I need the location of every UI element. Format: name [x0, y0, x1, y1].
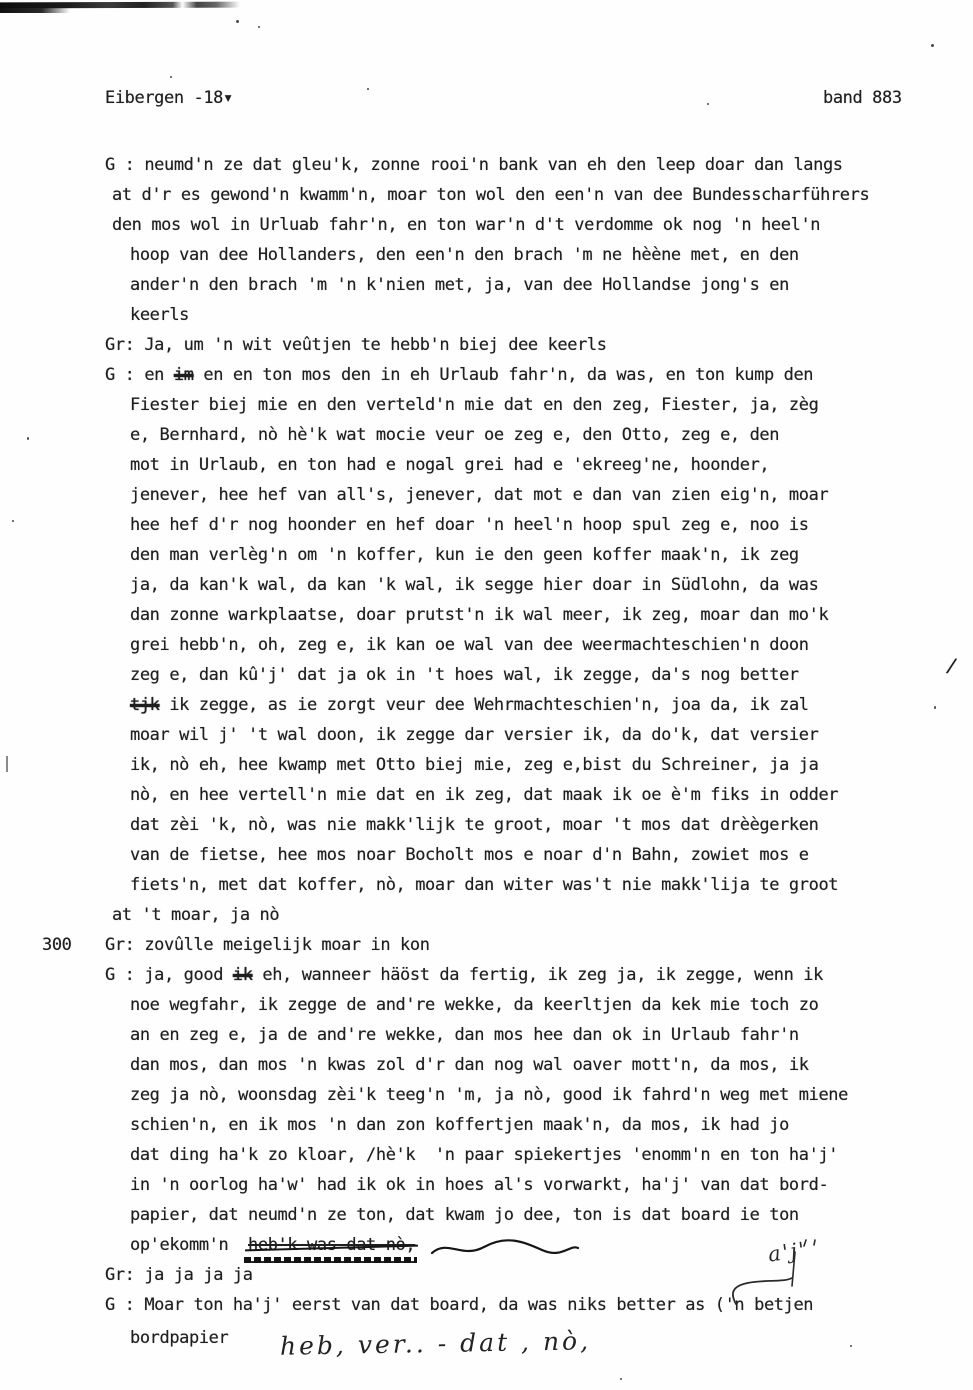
speaker-label: Gr: — [105, 1265, 144, 1285]
transcript-line: zeg e, dan kû'j' dat ja ok in 't hoes wa… — [130, 660, 973, 690]
typed-text: at 't moar, ja nò — [112, 905, 279, 925]
struck-out-text: im — [174, 365, 194, 385]
transcript-line: Fiester biej mie en den verteld'n mie da… — [130, 390, 973, 420]
scan-speck — [367, 88, 369, 90]
scribbled-out-text: heb'k was dat nò, — [248, 1230, 415, 1260]
transcript-line: G : ja, good ik eh, wanneer häöst da fer… — [105, 960, 973, 990]
typed-text: Moar ton ha'j' eerst van dat board, da w… — [144, 1295, 813, 1315]
transcript-line: G : en im en en ton mos den in eh Urlaub… — [105, 360, 973, 390]
transcript-line: dat zèi 'k, nò, was nie makk'lijk te gro… — [130, 810, 973, 840]
transcript-line: ja, da kan'k wal, da kan 'k wal, ik segg… — [130, 570, 973, 600]
typed-text: den mos wol in Urluab fahr'n, en ton war… — [112, 215, 820, 235]
typed-text: grei hebb'n, oh, zeg e, ik kan oe wal va… — [130, 635, 809, 655]
scribble-tail-stroke — [430, 1237, 580, 1265]
typed-text: hoop van dee Hollanders, den een'n den b… — [130, 245, 799, 265]
scan-speck — [620, 1378, 622, 1380]
transcript-line: jenever, hee hef van all's, jenever, dat… — [130, 480, 973, 510]
typed-text: ik, nò eh, hee kwamp met Otto biej mie, … — [130, 755, 818, 775]
scan-edge-tick — [6, 756, 8, 772]
scan-speck — [27, 437, 29, 440]
typed-text: neumd'n ze dat gleu'k, zonne rooi'n bank… — [144, 155, 842, 175]
typed-text: e, Bernhard, nò hè'k wat mocie veur oe z… — [130, 425, 779, 445]
scan-speck — [931, 44, 934, 47]
document-page: Eibergen -18▾ band 883 300 G : neumd'n z… — [0, 0, 973, 1390]
struck-out-text: tjk — [130, 695, 160, 715]
transcript-line: dan zonne warkplaatse, doar prutst'n ik … — [130, 600, 973, 630]
typed-text: den man verlèg'n om 'n koffer, kun ie de… — [130, 545, 799, 565]
transcript-line: hee hef d'r nog hoonder en hef doar 'n h… — [130, 510, 973, 540]
scan-artifact-top-2 — [0, 8, 70, 13]
transcript-line: den man verlèg'n om 'n koffer, kun ie de… — [130, 540, 973, 570]
transcript-line: at d'r es gewond'n kwamm'n, moar ton wol… — [112, 180, 973, 210]
typed-text: dat ding ha'k zo kloar, /hè'k 'n paar sp… — [130, 1145, 838, 1165]
typed-text: schien'n, en ik mos 'n dan zon koffertje… — [130, 1115, 789, 1135]
typed-text: jenever, hee hef van all's, jenever, dat… — [130, 485, 828, 505]
page-header-left: Eibergen -18▾ — [105, 88, 233, 108]
transcript-line: grei hebb'n, oh, zeg e, ik kan oe wal va… — [130, 630, 973, 660]
scan-speck — [850, 1345, 852, 1347]
scan-speck — [707, 103, 709, 105]
typed-text: ja ja ja ja — [144, 1265, 252, 1285]
typed-text: Ja, um 'n wit veûtjen te hebb'n biej dee… — [144, 335, 606, 355]
transcript-line: tjk ik zegge, as ie zorgt veur dee Wehrm… — [130, 690, 973, 720]
scan-speck — [258, 26, 260, 28]
typed-text: dan zonne warkplaatse, doar prutst'n ik … — [130, 605, 828, 625]
speaker-label: G : — [105, 1295, 144, 1315]
transcript-line: papier, dat neumd'n ze ton, dat kwam jo … — [130, 1200, 973, 1230]
transcript-line: van de fietse, hee mos noar Bocholt mos … — [130, 840, 973, 870]
typed-text: dan mos, dan mos 'n kwas zol d'r dan nog… — [130, 1055, 809, 1075]
transcript-line: Gr: zovûlle meigelijk moar in kon — [105, 930, 973, 960]
typed-text: op'ekomm'n — [130, 1235, 248, 1255]
typed-text: moar wil j' 't wal doon, ik zegge dar ve… — [130, 725, 818, 745]
transcript-line: nò, en hee vertell'n mie dat en ik zeg, … — [130, 780, 973, 810]
typed-text: zeg e, dan kû'j' dat ja ok in 't hoes wa… — [130, 665, 799, 685]
typed-text: an en zeg e, ja de and're wekke, dan mos… — [130, 1025, 799, 1045]
transcript-line: den mos wol in Urluab fahr'n, en ton war… — [112, 210, 973, 240]
transcript-line: in 'n oorlog ha'w' had ik ok in hoes al'… — [130, 1170, 973, 1200]
typed-text: papier, dat neumd'n ze ton, dat kwam jo … — [130, 1205, 799, 1225]
transcript-line: bordpapierheb, ver.. - dat , nò, — [130, 1320, 973, 1350]
typed-text: keerls — [130, 305, 189, 325]
transcript-line: mot in Urlaub, en ton had e nogal grei h… — [130, 450, 973, 480]
transcript-line: hoop van dee Hollanders, den een'n den b… — [130, 240, 973, 270]
handwritten-annotation-right: a'j' — [726, 1238, 846, 1310]
transcript-line: zeg ja nò, woonsdag zèi'k teeg'n 'm, ja … — [130, 1080, 973, 1110]
transcript-line: dat ding ha'k zo kloar, /hè'k 'n paar sp… — [130, 1140, 973, 1170]
typed-text: en — [144, 365, 174, 385]
typed-text: in 'n oorlog ha'w' had ik ok in hoes al'… — [130, 1175, 828, 1195]
transcript-line: fiets'n, met dat koffer, nò, moar dan wi… — [130, 870, 973, 900]
transcript-line: Gr: Ja, um 'n wit veûtjen te hebb'n biej… — [105, 330, 973, 360]
page-header-right: band 883 — [823, 88, 902, 108]
transcript-line: G : neumd'n ze dat gleu'k, zonne rooi'n … — [105, 150, 973, 180]
speaker-label: G : — [105, 365, 144, 385]
struck-out-text: ik — [233, 965, 253, 985]
typed-text: fiets'n, met dat koffer, nò, moar dan wi… — [130, 875, 838, 895]
transcript-line: noe wegfahr, ik zegge de and're wekke, d… — [130, 990, 973, 1020]
speaker-label: Gr: — [105, 335, 144, 355]
transcript-line: ik, nò eh, hee kwamp met Otto biej mie, … — [130, 750, 973, 780]
typed-text: ja, good — [144, 965, 233, 985]
handwritten-text: heb, ver.. - dat , nò, — [280, 1326, 592, 1361]
typed-text: eh, wanneer häöst da fertig, ik zeg ja, … — [253, 965, 823, 985]
typed-text: ik zegge, as ie zorgt veur dee Wehrmacht… — [160, 695, 809, 715]
transcript-line: dan mos, dan mos 'n kwas zol d'r dan nog… — [130, 1050, 973, 1080]
transcript-line: at 't moar, ja nò — [112, 900, 973, 930]
speaker-label: G : — [105, 155, 144, 175]
typed-text: Fiester biej mie en den verteld'n mie da… — [130, 395, 818, 415]
typed-text: noe wegfahr, ik zegge de and're wekke, d… — [130, 995, 818, 1015]
typed-text: van de fietse, hee mos noar Bocholt mos … — [130, 845, 809, 865]
typed-text: mot in Urlaub, en ton had e nogal grei h… — [130, 455, 769, 475]
typed-text: dat zèi 'k, nò, was nie makk'lijk te gro… — [130, 815, 818, 835]
typed-text: at d'r es gewond'n kwamm'n, moar ton wol… — [112, 185, 869, 205]
speaker-label: Gr: — [105, 935, 144, 955]
typed-text: bordpapier — [130, 1328, 228, 1348]
speaker-label: G : — [105, 965, 144, 985]
typed-text: zeg ja nò, woonsdag zèi'k teeg'n 'm, ja … — [130, 1085, 848, 1105]
transcript-line: moar wil j' 't wal doon, ik zegge dar ve… — [130, 720, 973, 750]
transcript-body: G : neumd'n ze dat gleu'k, zonne rooi'n … — [0, 150, 973, 1350]
scan-speck — [934, 706, 936, 709]
scan-speck — [12, 520, 14, 522]
transcript-line: keerls — [130, 300, 973, 330]
transcript-line: ander'n den brach 'm 'n k'nien met, ja, … — [130, 270, 973, 300]
typed-text: en en ton mos den in eh Urlaub fahr'n, d… — [194, 365, 814, 385]
typed-text: hee hef d'r nog hoonder en hef doar 'n h… — [130, 515, 809, 535]
typed-text: ander'n den brach 'm 'n k'nien met, ja, … — [130, 275, 789, 295]
transcript-line: an en zeg e, ja de and're wekke, dan mos… — [130, 1020, 973, 1050]
scan-speck — [236, 20, 239, 23]
typed-text: nò, en hee vertell'n mie dat en ik zeg, … — [130, 785, 838, 805]
typed-text: ja, da kan'k wal, da kan 'k wal, ik segg… — [130, 575, 818, 595]
transcript-line: schien'n, en ik mos 'n dan zon koffertje… — [130, 1110, 973, 1140]
transcript-line: e, Bernhard, nò hè'k wat mocie veur oe z… — [130, 420, 973, 450]
scan-speck — [170, 76, 172, 78]
typed-text: zovûlle meigelijk moar in kon — [144, 935, 429, 955]
